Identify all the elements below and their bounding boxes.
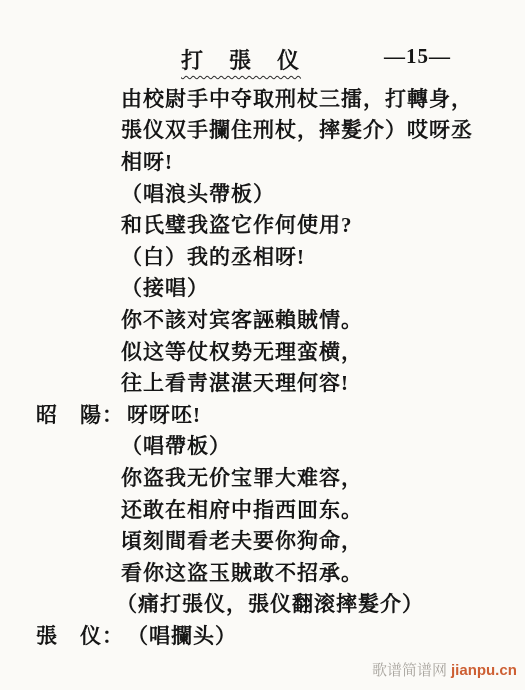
script-line: （痛打張仪，張仪翻滚摔髮介） xyxy=(0,588,525,620)
line-text: （痛打張仪，張仪翻滚摔髮介） xyxy=(116,588,424,618)
line-text: 和氏璧我盗它作何使用? xyxy=(121,209,353,239)
line-text: 往上看靑湛湛天理何容! xyxy=(121,367,349,397)
line-text: 呀呀呸! xyxy=(127,399,201,429)
line-text: 还敢在相府中指西囬东。 xyxy=(121,494,363,524)
script-text-block: 由校尉手中夺取刑杖三擂，打轉身， 張仪双手攔住刑杖，摔髮介）哎呀丞 相呀! （唱… xyxy=(0,82,525,651)
line-text: 看你这盗玉賊敢不招承。 xyxy=(121,557,363,587)
site-watermark: 歌谱简谱网jianpu.cn xyxy=(372,659,517,680)
script-line: （唱帶板） xyxy=(0,430,525,462)
line-text: 頃刻間看老夫要你狗命， xyxy=(121,525,363,555)
script-line: 頃刻間看老夫要你狗命， xyxy=(0,524,525,556)
line-text: 相呀! xyxy=(121,146,173,176)
script-line: 昭 陽：呀呀呸! xyxy=(0,398,525,430)
script-line: 你不該对宾客誣賴賊情。 xyxy=(0,303,525,335)
script-line: 还敢在相府中指西囬东。 xyxy=(0,493,525,525)
script-line: （接唱） xyxy=(0,272,525,304)
watermark-site-name: 歌谱简谱网 xyxy=(372,662,447,679)
script-line: 似这等仗权势无理蛮横， xyxy=(0,335,525,367)
line-text: （接唱） xyxy=(121,272,209,302)
script-page: 打 張 仪 —15— 由校尉手中夺取刑杖三擂，打轉身， 張仪双手攔住刑杖，摔髮介… xyxy=(0,0,525,690)
speaker-name: 張 仪： xyxy=(36,620,124,650)
line-text: 由校尉手中夺取刑杖三擂，打轉身， xyxy=(121,83,473,113)
script-line: 張 仪：（唱攔头） xyxy=(0,619,525,651)
line-text: （唱帶板） xyxy=(121,430,231,460)
line-text: 似这等仗权势无理蛮横， xyxy=(121,336,363,366)
line-text: （白）我的丞相呀! xyxy=(121,241,305,271)
script-line: 相呀! xyxy=(0,145,525,177)
page-number: —15— xyxy=(384,44,451,69)
script-line: 看你这盗玉賊敢不招承。 xyxy=(0,556,525,588)
line-text: 你盗我无价宝罪大难容， xyxy=(121,462,363,492)
speaker-name: 昭 陽： xyxy=(36,399,124,429)
script-line: （唱浪头帶板） xyxy=(0,177,525,209)
script-line: 由校尉手中夺取刑杖三擂，打轉身， xyxy=(0,82,525,114)
script-line: 往上看靑湛湛天理何容! xyxy=(0,366,525,398)
script-line: 你盗我无价宝罪大难容， xyxy=(0,461,525,493)
page-header: 打 張 仪 —15— xyxy=(0,44,525,76)
script-line: 和氏璧我盗它作何使用? xyxy=(0,208,525,240)
line-text: 你不該对宾客誣賴賊情。 xyxy=(121,304,363,334)
line-text: （唱攔头） xyxy=(127,620,237,650)
watermark-site-url: jianpu.cn xyxy=(451,662,517,679)
line-text: （唱浪头帶板） xyxy=(121,178,275,208)
page-title: 打 張 仪 xyxy=(181,44,301,75)
line-text: 張仪双手攔住刑杖，摔髮介）哎呀丞 xyxy=(121,114,473,144)
script-line: （白）我的丞相呀! xyxy=(0,240,525,272)
script-line: 張仪双手攔住刑杖，摔髮介）哎呀丞 xyxy=(0,114,525,146)
